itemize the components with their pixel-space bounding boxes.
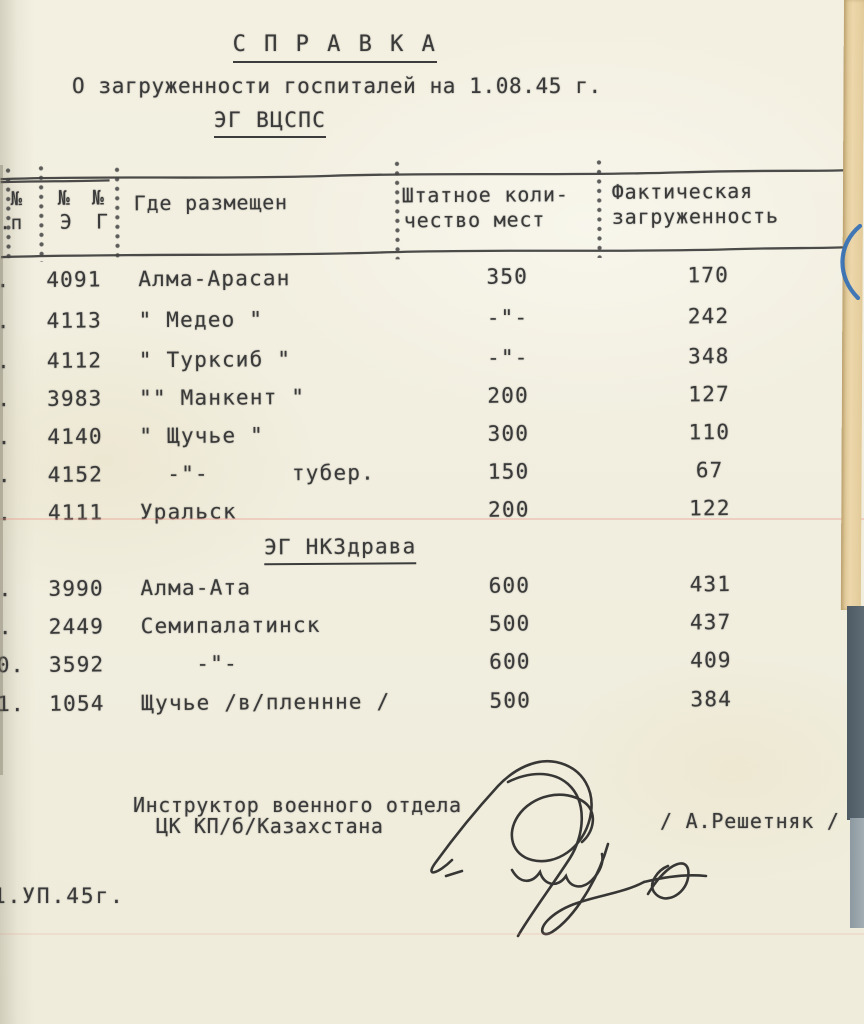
staff-places: 600 [414, 573, 604, 598]
actual-occupancy: 170 [608, 262, 808, 287]
table-row: 5.4140" Щучье "300110 [1, 419, 861, 455]
table-row: 3.4112" Турксиб "-"-348 [1, 343, 861, 379]
table-rows: 1.4091Алма-Арасан3501702.4113" Медео "-"… [0, 0, 864, 760]
scan-artifact-line [0, 933, 864, 935]
hospital-number: 1054 [49, 691, 105, 715]
actual-occupancy: 242 [608, 303, 808, 328]
adjacent-page-edge-tan [841, 0, 864, 610]
actual-occupancy: 127 [609, 381, 809, 406]
hospital-number: 3983 [47, 386, 103, 410]
actual-occupancy: 437 [611, 609, 811, 634]
hospital-number: 4152 [48, 462, 104, 486]
table-row: 10.3592 -"-600409 [3, 647, 863, 683]
hospital-location: Алма-Арасан [138, 266, 290, 291]
staff-places: 600 [415, 649, 605, 674]
staff-places: -"- [413, 345, 603, 370]
hospital-location: " Щучье " [139, 423, 264, 448]
hospital-location: Щучье /в/пленнне / [141, 689, 390, 715]
actual-occupancy: 348 [609, 343, 809, 368]
date-note: 1.УП.45г. [0, 884, 125, 908]
hospital-number: 4140 [47, 424, 103, 448]
hospital-number: 4113 [46, 308, 102, 332]
hospital-location: " Медео " [138, 307, 263, 332]
scanner-background-dark [847, 606, 864, 820]
page-left-edge [0, 165, 3, 775]
actual-occupancy: 409 [611, 647, 811, 672]
actual-occupancy: 384 [611, 686, 811, 711]
staff-places: 500 [415, 611, 605, 636]
table-row: 2.4113" Медео "-"-242 [0, 303, 860, 339]
hospital-location: Алма-Ата [140, 575, 251, 600]
hospital-number: 4112 [47, 348, 103, 372]
scanner-background-light [850, 818, 864, 928]
hospital-number: 2449 [49, 614, 105, 638]
staff-places: 350 [412, 264, 602, 289]
handwritten-signature [412, 748, 742, 958]
actual-occupancy: 110 [609, 419, 809, 444]
table-row: 7.4111Уральск200122 [2, 495, 862, 531]
blue-pen-mark [830, 224, 864, 300]
signatory-role-line2: ЦК КП/б/Казахстана [156, 814, 384, 838]
actual-occupancy: 431 [610, 571, 810, 596]
scan-artifact-line [0, 518, 864, 520]
hospital-number: 4091 [46, 267, 102, 291]
hospital-location: " Турксиб " [139, 347, 291, 372]
staff-places: -"- [412, 305, 602, 330]
hospital-location: -"- тубер. [140, 461, 376, 487]
hospital-location: Уральск [140, 499, 237, 524]
table-row: 9.2449Семипалатинск500437 [3, 609, 863, 645]
hospital-number: 3592 [49, 652, 105, 676]
hospital-location: Семипалатинск [141, 613, 321, 638]
hospital-number: 4111 [48, 500, 104, 524]
staff-places: 200 [413, 383, 603, 408]
table-row: 11.1054Щучье /в/пленнне /500384 [3, 686, 863, 722]
hospital-number: 3990 [48, 576, 104, 600]
scanned-document-page: { "document": { "title": "С П Р А В К А"… [0, 0, 864, 1024]
table-row: 8.3990Алма-Ата600431 [2, 571, 862, 607]
actual-occupancy: 67 [610, 457, 810, 482]
table-row: 6.4152 -"- тубер.15067 [2, 457, 862, 493]
hospital-location: "" Манкент " [139, 385, 305, 410]
staff-places: 150 [414, 459, 604, 484]
table: № № п.п № № Э Г Где размещен Штатное кол… [0, 0, 864, 760]
table-row: 1.4091Алма-Арасан350170 [0, 262, 860, 298]
hospital-location: -"- [141, 651, 238, 676]
staff-places: 500 [415, 688, 605, 713]
table-row: 4.3983"" Манкент "200127 [1, 381, 861, 417]
staff-places: 300 [413, 421, 603, 446]
